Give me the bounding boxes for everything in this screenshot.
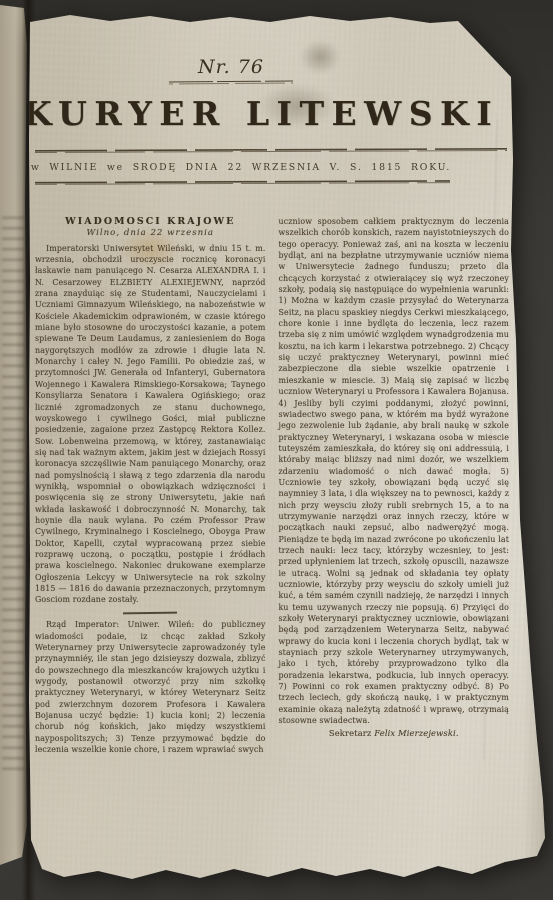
left-column: WIADOMOSCI KRAJOWE Wilno, dnia 22 wrzesn… xyxy=(35,216,266,755)
article-columns: WIADOMOSCI KRAJOWE Wilno, dnia 22 wrzesn… xyxy=(35,216,509,755)
article-dateline: Wilno, dnia 22 wrzesnia xyxy=(35,228,266,239)
section-header: WIADOMOSCI KRAJOWE xyxy=(35,216,266,227)
masthead: Nr. 76 KURYER LITEWSKI w WILNIE we SRODĘ… xyxy=(35,56,507,185)
article-paragraph: Imperatorski Uniwersytet Wileński, w dni… xyxy=(35,243,266,606)
newspaper-page: Nr. 76 KURYER LITEWSKI w WILNIE we SRODĘ… xyxy=(0,0,553,900)
upper-dateline-rule xyxy=(35,148,507,154)
issue-number: Nr. 76 xyxy=(0,56,467,78)
short-divider-rule xyxy=(169,80,293,84)
paragraph-divider-rule xyxy=(123,611,177,613)
newspaper-leaf-wrap: Nr. 76 KURYER LITEWSKI w WILNIE we SRODĘ… xyxy=(0,0,553,900)
article-paragraph: uczniow sposobem całkiem praktycznym do … xyxy=(279,216,510,726)
newspaper-title: KURYER LITEWSKI xyxy=(23,94,495,133)
article-paragraph: Rząd Imperator: Uniwer. Wileń: do public… xyxy=(35,619,266,755)
lower-dateline-rule xyxy=(35,180,450,186)
right-column: uczniow sposobem całkiem praktycznym do … xyxy=(279,216,510,755)
signature-label: Sekretarz xyxy=(329,728,372,738)
issue-dateline: w WILNIE we SRODĘ DNIA 22 WRZESNIA V. S.… xyxy=(5,162,477,173)
signature-line: Sekretarz Felix Mierzejewski. xyxy=(279,728,510,739)
scanned-newspaper-photo: Nr. 76 KURYER LITEWSKI w WILNIE we SRODĘ… xyxy=(0,0,553,900)
signature-name: Felix Mierzejewski. xyxy=(374,728,458,738)
